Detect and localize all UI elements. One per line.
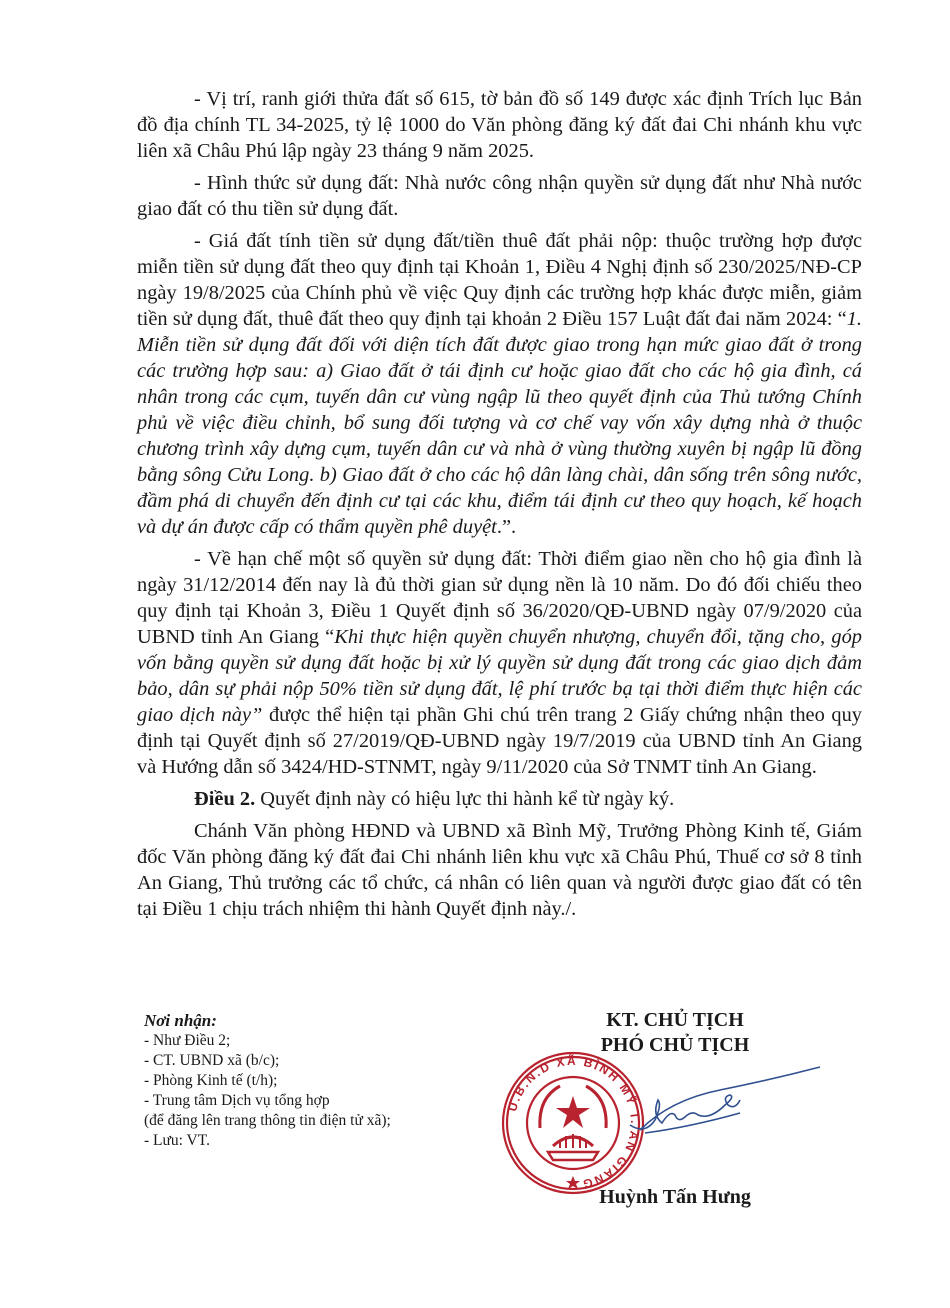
text-run: .”. (497, 516, 516, 538)
signer-name: Huỳnh Tấn Hưng (560, 1186, 790, 1209)
recipient-item: - Trung tâm Dịch vụ tổng hợp (144, 1091, 474, 1111)
text-run: - Vị trí, ranh giới thửa đất số 615, tờ … (137, 88, 862, 162)
text-run: Quyết định này có hiệu lực thi hành kể t… (255, 788, 674, 810)
text-run: - Hình thức sử dụng đất: Nhà nước công n… (137, 172, 862, 220)
paragraph-thi-hanh: Chánh Văn phòng HĐND và UBND xã Bình Mỹ,… (137, 818, 862, 922)
paragraph-dieu-2: Điều 2. Quyết định này có hiệu lực thi h… (137, 786, 862, 812)
recipient-item: - Lưu: VT. (144, 1131, 474, 1151)
paragraph-gia-dat: - Giá đất tính tiền sử dụng đất/tiền thu… (137, 228, 862, 540)
handwritten-signature-icon (600, 1055, 830, 1155)
document-body: - Vị trí, ranh giới thửa đất số 615, tờ … (137, 86, 862, 928)
signature-line-1: KT. CHỦ TỊCH (560, 1008, 790, 1033)
recipient-item: - Như Điều 2; (144, 1031, 474, 1051)
recipient-item: (để đăng lên trang thông tin điện tử xã)… (144, 1111, 474, 1131)
recipient-item: - CT. UBND xã (b/c); (144, 1051, 474, 1071)
text-run: - Giá đất tính tiền sử dụng đất/tiền thu… (137, 230, 862, 330)
recipients-block: Nơi nhận: - Như Điều 2;- CT. UBND xã (b/… (144, 1011, 474, 1151)
recipients-title: Nơi nhận: (144, 1011, 474, 1031)
recipient-item: - Phòng Kinh tế (t/h); (144, 1071, 474, 1091)
text-run: Chánh Văn phòng HĐND và UBND xã Bình Mỹ,… (137, 820, 862, 920)
text-run: 1. Miễn tiền sử dụng đất đối với diện tí… (137, 308, 862, 538)
paragraph-vi-tri: - Vị trí, ranh giới thửa đất số 615, tờ … (137, 86, 862, 164)
recipients-list: - Như Điều 2;- CT. UBND xã (b/c);- Phòng… (144, 1031, 474, 1151)
paragraph-hinh-thuc: - Hình thức sử dụng đất: Nhà nước công n… (137, 170, 862, 222)
text-run: Điều 2. (194, 788, 255, 810)
paragraph-han-che: - Về hạn chế một số quyền sử dụng đất: T… (137, 546, 862, 780)
